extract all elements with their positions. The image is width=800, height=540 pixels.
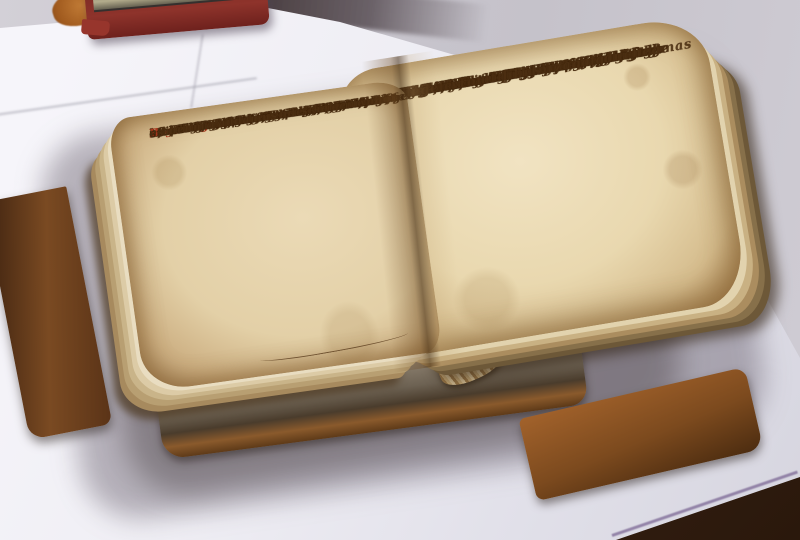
ink-text: es dehm Laudamus [149,111,278,140]
left-parchment-page: ka mendenkent nem az allamak eblaniert e… [107,78,442,392]
photograph-medieval-codex: T eged iſten diczerunk Tegedet vrnak val… [0,0,800,540]
red-book-corner [81,19,110,36]
